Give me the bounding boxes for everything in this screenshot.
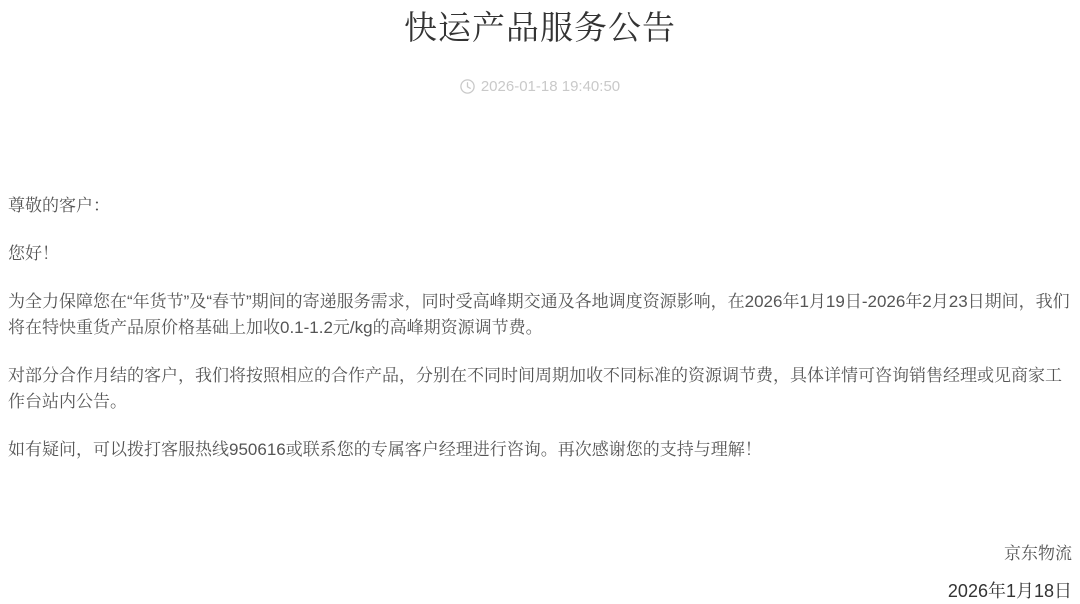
announcement-paragraph: 如有疑问，可以拨打客服热线950616或联系您的专属客户经理进行咨询。再次感谢您…: [8, 437, 1072, 463]
publish-timestamp-row: 2026-01-18 19:40:50: [0, 78, 1080, 95]
announcement-page: 快运产品服务公告 2026-01-18 19:40:50 尊敬的客户： 您好！ …: [0, 0, 1080, 604]
signature: 京东物流: [8, 541, 1072, 567]
greeting: 您好！: [8, 241, 1072, 267]
page-title: 快运产品服务公告: [0, 0, 1080, 50]
announcement-paragraph: 为全力保障您在“年货节”及“春节”期间的寄递服务需求，同时受高峰期交通及各地调度…: [8, 289, 1072, 341]
announcement-paragraph: 对部分合作月结的客户，我们将按照相应的合作产品，分别在不同时间周期加收不同标准的…: [8, 363, 1072, 415]
salutation: 尊敬的客户：: [8, 193, 1072, 219]
clock-icon: [460, 79, 475, 94]
issue-date: 2026年1月18日: [8, 578, 1072, 604]
announcement-body: 尊敬的客户： 您好！ 为全力保障您在“年货节”及“春节”期间的寄递服务需求，同时…: [0, 193, 1080, 604]
publish-timestamp: 2026-01-18 19:40:50: [481, 78, 620, 95]
